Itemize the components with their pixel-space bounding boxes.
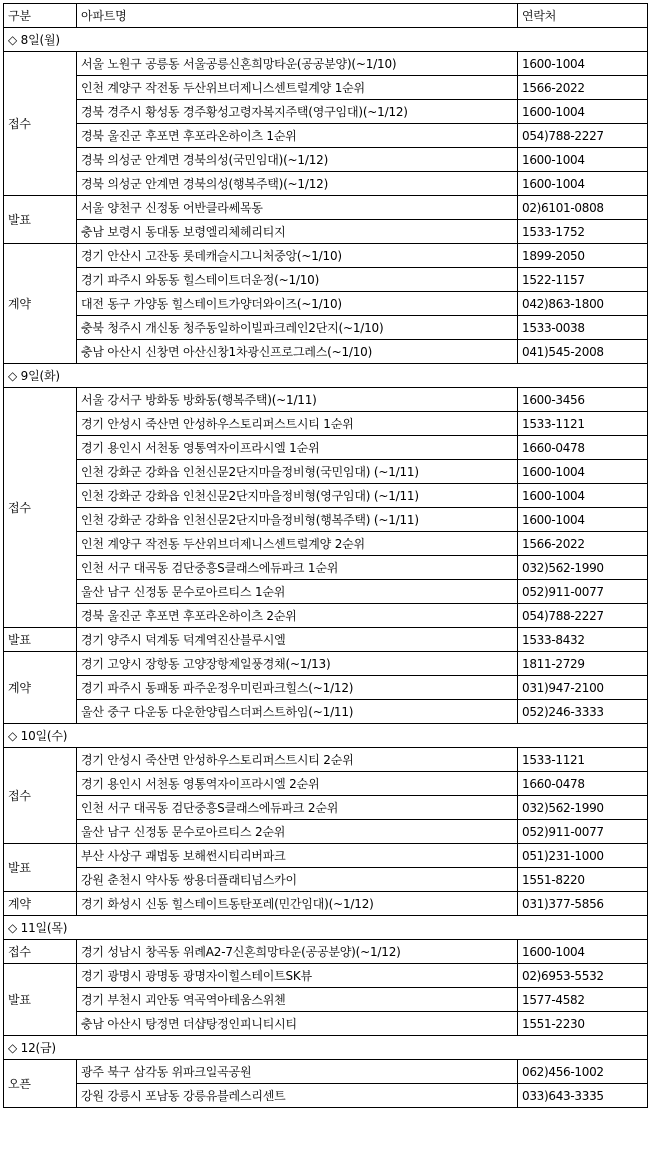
table-row: 경기 부천시 괴안동 역곡역아테움스위첸1577-4582 <box>4 988 648 1012</box>
apartment-name-cell: 경기 광명시 광명동 광명자이힐스테이트SK뷰 <box>77 964 518 988</box>
apartment-name-cell: 경기 안산시 고잔동 롯데캐슬시그니처중앙(~1/10) <box>77 244 518 268</box>
table-row: 접수경기 안성시 죽산면 안성하우스토리퍼스트시티 2순위1533-1121 <box>4 748 648 772</box>
table-row: 충남 아산시 신창면 아산신창1차광신프로그레스(~1/10)041)545-2… <box>4 340 648 364</box>
contact-phone-cell: 1577-4582 <box>518 988 648 1012</box>
apartment-name-cell: 경기 안성시 죽산면 안성하우스토리퍼스트시티 2순위 <box>77 748 518 772</box>
category-cell: 오픈 <box>4 1060 77 1108</box>
category-cell: 발표 <box>4 844 77 892</box>
apartment-name-cell: 경기 부천시 괴안동 역곡역아테움스위첸 <box>77 988 518 1012</box>
apartment-name-cell: 경북 경주시 황성동 경주황성고령자복지주택(영구임대)(~1/12) <box>77 100 518 124</box>
day-section-row: ◇ 10일(수) <box>4 724 648 748</box>
apartment-name-cell: 인천 강화군 강화읍 인천신문2단지마을정비형(영구임대) (~1/11) <box>77 484 518 508</box>
category-cell: 접수 <box>4 940 77 964</box>
table-row: 경기 파주시 와동동 힐스테이트더운정(~1/10)1522-1157 <box>4 268 648 292</box>
table-row: 경기 용인시 서천동 영통역자이프라시엘 2순위1660-0478 <box>4 772 648 796</box>
header-row: 구분 아파트명 연락처 <box>4 4 648 28</box>
header-category: 구분 <box>4 4 77 28</box>
apartment-name-cell: 울산 남구 신정동 문수로아르티스 1순위 <box>77 580 518 604</box>
apartment-name-cell: 인천 계양구 작전동 두산위브더제니스센트럴계양 1순위 <box>77 76 518 100</box>
apartment-name-cell: 경북 의성군 안계면 경북의성(국민임대)(~1/12) <box>77 148 518 172</box>
contact-phone-cell: 1600-1004 <box>518 940 648 964</box>
contact-phone-cell: 1660-0478 <box>518 772 648 796</box>
apartment-name-cell: 대전 동구 가양동 힐스테이트가양더와이즈(~1/10) <box>77 292 518 316</box>
contact-phone-cell: 1533-1121 <box>518 748 648 772</box>
contact-phone-cell: 1811-2729 <box>518 652 648 676</box>
table-row: 발표서울 양천구 신정동 어반클라쎄목동02)6101-0808 <box>4 196 648 220</box>
contact-phone-cell: 032)562-1990 <box>518 556 648 580</box>
contact-phone-cell: 1660-0478 <box>518 436 648 460</box>
category-cell: 계약 <box>4 244 77 364</box>
apartment-name-cell: 강원 강릉시 포남동 강릉유블레스리센트 <box>77 1084 518 1108</box>
contact-phone-cell: 1533-8432 <box>518 628 648 652</box>
header-apartment: 아파트명 <box>77 4 518 28</box>
table-row: 울산 남구 신정동 문수로아르티스 2순위052)911-0077 <box>4 820 648 844</box>
day-section-label: ◇ 11일(목) <box>4 916 648 940</box>
apartment-name-cell: 충남 아산시 탕정면 더샵탕정인피니티시티 <box>77 1012 518 1036</box>
contact-phone-cell: 1522-1157 <box>518 268 648 292</box>
day-section-label: ◇ 9일(화) <box>4 364 648 388</box>
apartment-name-cell: 충남 보령시 동대동 보령엘리체헤리티지 <box>77 220 518 244</box>
apartment-name-cell: 경기 용인시 서천동 영통역자이프라시엘 2순위 <box>77 772 518 796</box>
contact-phone-cell: 1600-1004 <box>518 148 648 172</box>
table-row: 경북 의성군 안계면 경북의성(행복주택)(~1/12)1600-1004 <box>4 172 648 196</box>
apartment-name-cell: 서울 노원구 공릉동 서울공릉신혼희망타운(공공분양)(~1/10) <box>77 52 518 76</box>
contact-phone-cell: 054)788-2227 <box>518 604 648 628</box>
table-row: 접수서울 노원구 공릉동 서울공릉신혼희망타운(공공분양)(~1/10)1600… <box>4 52 648 76</box>
day-section-label: ◇ 12(금) <box>4 1036 648 1060</box>
category-cell: 발표 <box>4 196 77 244</box>
table-row: 충남 보령시 동대동 보령엘리체헤리티지1533-1752 <box>4 220 648 244</box>
category-cell: 계약 <box>4 652 77 724</box>
day-section-row: ◇ 12(금) <box>4 1036 648 1060</box>
table-row: 계약경기 고양시 장항동 고양장항제일풍경채(~1/13)1811-2729 <box>4 652 648 676</box>
apartment-name-cell: 충남 아산시 신창면 아산신창1차광신프로그레스(~1/10) <box>77 340 518 364</box>
table-row: 인천 강화군 강화읍 인천신문2단지마을정비형(영구임대) (~1/11)160… <box>4 484 648 508</box>
contact-phone-cell: 051)231-1000 <box>518 844 648 868</box>
table-row: 인천 강화군 강화읍 인천신문2단지마을정비형(행복주택) (~1/11)160… <box>4 508 648 532</box>
table-row: 경북 울진군 후포면 후포라온하이츠 1순위054)788-2227 <box>4 124 648 148</box>
table-row: 경북 경주시 황성동 경주황성고령자복지주택(영구임대)(~1/12)1600-… <box>4 100 648 124</box>
apartment-name-cell: 인천 서구 대곡동 검단중흥S클래스에듀파크 1순위 <box>77 556 518 580</box>
apartment-name-cell: 서울 양천구 신정동 어반클라쎄목동 <box>77 196 518 220</box>
contact-phone-cell: 032)562-1990 <box>518 796 648 820</box>
table-row: 인천 서구 대곡동 검단중흥S클래스에듀파크 1순위032)562-1990 <box>4 556 648 580</box>
contact-phone-cell: 041)545-2008 <box>518 340 648 364</box>
table-row: 강원 강릉시 포남동 강릉유블레스리센트033)643-3335 <box>4 1084 648 1108</box>
table-row: 울산 남구 신정동 문수로아르티스 1순위052)911-0077 <box>4 580 648 604</box>
contact-phone-cell: 031)377-5856 <box>518 892 648 916</box>
table-row: 강원 춘천시 약사동 쌍용더플래티넘스카이1551-8220 <box>4 868 648 892</box>
contact-phone-cell: 052)911-0077 <box>518 580 648 604</box>
table-row: 계약경기 안산시 고잔동 롯데캐슬시그니처중앙(~1/10)1899-2050 <box>4 244 648 268</box>
table-row: 충남 아산시 탕정면 더샵탕정인피니티시티1551-2230 <box>4 1012 648 1036</box>
day-section-label: ◇ 10일(수) <box>4 724 648 748</box>
table-row: 발표경기 광명시 광명동 광명자이힐스테이트SK뷰02)6953-5532 <box>4 964 648 988</box>
apartment-name-cell: 경기 파주시 동패동 파주운정우미린파크힐스(~1/12) <box>77 676 518 700</box>
apartment-name-cell: 경기 파주시 와동동 힐스테이트더운정(~1/10) <box>77 268 518 292</box>
apartment-name-cell: 광주 북구 삼각동 위파크일곡공원 <box>77 1060 518 1084</box>
contact-phone-cell: 1600-3456 <box>518 388 648 412</box>
apartment-name-cell: 경기 안성시 죽산면 안성하우스토리퍼스트시티 1순위 <box>77 412 518 436</box>
contact-phone-cell: 1533-1752 <box>518 220 648 244</box>
category-cell: 접수 <box>4 748 77 844</box>
table-row: 울산 중구 다운동 다운한양립스더퍼스트하임(~1/11)052)246-333… <box>4 700 648 724</box>
day-section-row: ◇ 11일(목) <box>4 916 648 940</box>
contact-phone-cell: 031)947-2100 <box>518 676 648 700</box>
contact-phone-cell: 062)456-1002 <box>518 1060 648 1084</box>
day-section-row: ◇ 9일(화) <box>4 364 648 388</box>
category-cell: 접수 <box>4 388 77 628</box>
contact-phone-cell: 1566-2022 <box>518 76 648 100</box>
contact-phone-cell: 1899-2050 <box>518 244 648 268</box>
contact-phone-cell: 042)863-1800 <box>518 292 648 316</box>
apartment-name-cell: 인천 계양구 작전동 두산위브더제니스센트럴계양 2순위 <box>77 532 518 556</box>
table-row: 경기 파주시 동패동 파주운정우미린파크힐스(~1/12)031)947-210… <box>4 676 648 700</box>
contact-phone-cell: 1533-0038 <box>518 316 648 340</box>
apartment-name-cell: 부산 사상구 괘법동 보해썬시티리버파크 <box>77 844 518 868</box>
contact-phone-cell: 1533-1121 <box>518 412 648 436</box>
header-contact: 연락처 <box>518 4 648 28</box>
table-row: 인천 계양구 작전동 두산위브더제니스센트럴계양 2순위1566-2022 <box>4 532 648 556</box>
table-row: 인천 강화군 강화읍 인천신문2단지마을정비형(국민임대) (~1/11)160… <box>4 460 648 484</box>
table-row: 경북 의성군 안계면 경북의성(국민임대)(~1/12)1600-1004 <box>4 148 648 172</box>
table-row: 경북 울진군 후포면 후포라온하이츠 2순위054)788-2227 <box>4 604 648 628</box>
apartment-name-cell: 경북 울진군 후포면 후포라온하이츠 2순위 <box>77 604 518 628</box>
table-row: 인천 계양구 작전동 두산위브더제니스센트럴계양 1순위1566-2022 <box>4 76 648 100</box>
apartment-name-cell: 강원 춘천시 약사동 쌍용더플래티넘스카이 <box>77 868 518 892</box>
contact-phone-cell: 1600-1004 <box>518 460 648 484</box>
apartment-name-cell: 인천 서구 대곡동 검단중흥S클래스에듀파크 2순위 <box>77 796 518 820</box>
contact-phone-cell: 1600-1004 <box>518 52 648 76</box>
table-row: 발표경기 양주시 덕계동 덕계역진산블루시엘1533-8432 <box>4 628 648 652</box>
day-section-label: ◇ 8일(월) <box>4 28 648 52</box>
table-row: 접수경기 성남시 창곡동 위례A2-7신혼희망타운(공공분양)(~1/12)16… <box>4 940 648 964</box>
apartment-name-cell: 경북 울진군 후포면 후포라온하이츠 1순위 <box>77 124 518 148</box>
contact-phone-cell: 052)911-0077 <box>518 820 648 844</box>
apartment-name-cell: 경기 성남시 창곡동 위례A2-7신혼희망타운(공공분양)(~1/12) <box>77 940 518 964</box>
contact-phone-cell: 1551-8220 <box>518 868 648 892</box>
table-row: 접수서울 강서구 방화동 방화동(행복주택)(~1/11)1600-3456 <box>4 388 648 412</box>
contact-phone-cell: 02)6101-0808 <box>518 196 648 220</box>
contact-phone-cell: 1600-1004 <box>518 100 648 124</box>
apartment-name-cell: 경기 화성시 신동 힐스테이트동탄포레(민간임대)(~1/12) <box>77 892 518 916</box>
apartment-name-cell: 인천 강화군 강화읍 인천신문2단지마을정비형(행복주택) (~1/11) <box>77 508 518 532</box>
table-row: 계약경기 화성시 신동 힐스테이트동탄포레(민간임대)(~1/12)031)37… <box>4 892 648 916</box>
category-cell: 발표 <box>4 628 77 652</box>
contact-phone-cell: 052)246-3333 <box>518 700 648 724</box>
table-row: 인천 서구 대곡동 검단중흥S클래스에듀파크 2순위032)562-1990 <box>4 796 648 820</box>
table-row: 오픈광주 북구 삼각동 위파크일곡공원062)456-1002 <box>4 1060 648 1084</box>
apartment-name-cell: 경기 고양시 장항동 고양장항제일풍경채(~1/13) <box>77 652 518 676</box>
contact-phone-cell: 054)788-2227 <box>518 124 648 148</box>
apartment-name-cell: 인천 강화군 강화읍 인천신문2단지마을정비형(국민임대) (~1/11) <box>77 460 518 484</box>
day-section-row: ◇ 8일(월) <box>4 28 648 52</box>
contact-phone-cell: 1551-2230 <box>518 1012 648 1036</box>
apartment-name-cell: 서울 강서구 방화동 방화동(행복주택)(~1/11) <box>77 388 518 412</box>
apartment-name-cell: 충북 청주시 개신동 청주동일하이빌파크레인2단지(~1/10) <box>77 316 518 340</box>
table-row: 경기 안성시 죽산면 안성하우스토리퍼스트시티 1순위1533-1121 <box>4 412 648 436</box>
table-row: 대전 동구 가양동 힐스테이트가양더와이즈(~1/10)042)863-1800 <box>4 292 648 316</box>
table-row: 경기 용인시 서천동 영통역자이프라시엘 1순위1660-0478 <box>4 436 648 460</box>
contact-phone-cell: 02)6953-5532 <box>518 964 648 988</box>
contact-phone-cell: 1600-1004 <box>518 484 648 508</box>
contact-phone-cell: 1600-1004 <box>518 172 648 196</box>
apartment-name-cell: 울산 중구 다운동 다운한양립스더퍼스트하임(~1/11) <box>77 700 518 724</box>
contact-phone-cell: 033)643-3335 <box>518 1084 648 1108</box>
apartment-name-cell: 경기 용인시 서천동 영통역자이프라시엘 1순위 <box>77 436 518 460</box>
schedule-table-container: 구분 아파트명 연락처 ◇ 8일(월)접수서울 노원구 공릉동 서울공릉신혼희망… <box>3 3 648 1108</box>
contact-phone-cell: 1600-1004 <box>518 508 648 532</box>
apartment-name-cell: 울산 남구 신정동 문수로아르티스 2순위 <box>77 820 518 844</box>
table-body: 구분 아파트명 연락처 ◇ 8일(월)접수서울 노원구 공릉동 서울공릉신혼희망… <box>4 4 648 1108</box>
apartment-name-cell: 경북 의성군 안계면 경북의성(행복주택)(~1/12) <box>77 172 518 196</box>
category-cell: 접수 <box>4 52 77 196</box>
category-cell: 계약 <box>4 892 77 916</box>
category-cell: 발표 <box>4 964 77 1036</box>
apartment-name-cell: 경기 양주시 덕계동 덕계역진산블루시엘 <box>77 628 518 652</box>
contact-phone-cell: 1566-2022 <box>518 532 648 556</box>
table-row: 발표부산 사상구 괘법동 보해썬시티리버파크051)231-1000 <box>4 844 648 868</box>
housing-schedule-table: 구분 아파트명 연락처 ◇ 8일(월)접수서울 노원구 공릉동 서울공릉신혼희망… <box>3 3 648 1108</box>
table-row: 충북 청주시 개신동 청주동일하이빌파크레인2단지(~1/10)1533-003… <box>4 316 648 340</box>
